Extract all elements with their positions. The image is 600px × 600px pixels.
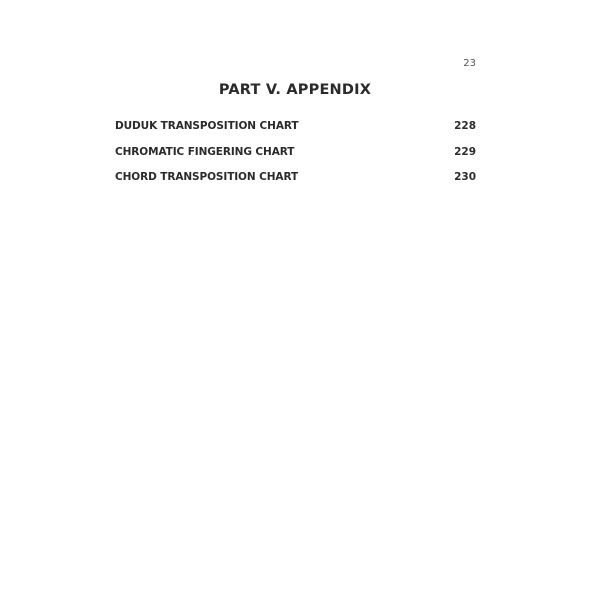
toc-entry[interactable]: DUDUK TRANSPOSITION CHART 228	[115, 120, 476, 146]
toc-entry-label: CHROMATIC FINGERING CHART	[115, 146, 294, 158]
toc-entry-page: 230	[454, 171, 476, 183]
toc-entry-label: CHORD TRANSPOSITION CHART	[115, 171, 298, 183]
section-title: PART V. APPENDIX	[0, 82, 590, 98]
toc-entry-label: DUDUK TRANSPOSITION CHART	[115, 120, 298, 132]
toc-entry[interactable]: CHROMATIC FINGERING CHART 229	[115, 146, 476, 172]
toc-entry-page: 229	[454, 146, 476, 158]
toc-entry[interactable]: CHORD TRANSPOSITION CHART 230	[115, 171, 476, 197]
table-of-contents: DUDUK TRANSPOSITION CHART 228 CHROMATIC …	[115, 120, 476, 197]
page-number: 23	[450, 58, 476, 69]
toc-entry-page: 228	[454, 120, 476, 132]
